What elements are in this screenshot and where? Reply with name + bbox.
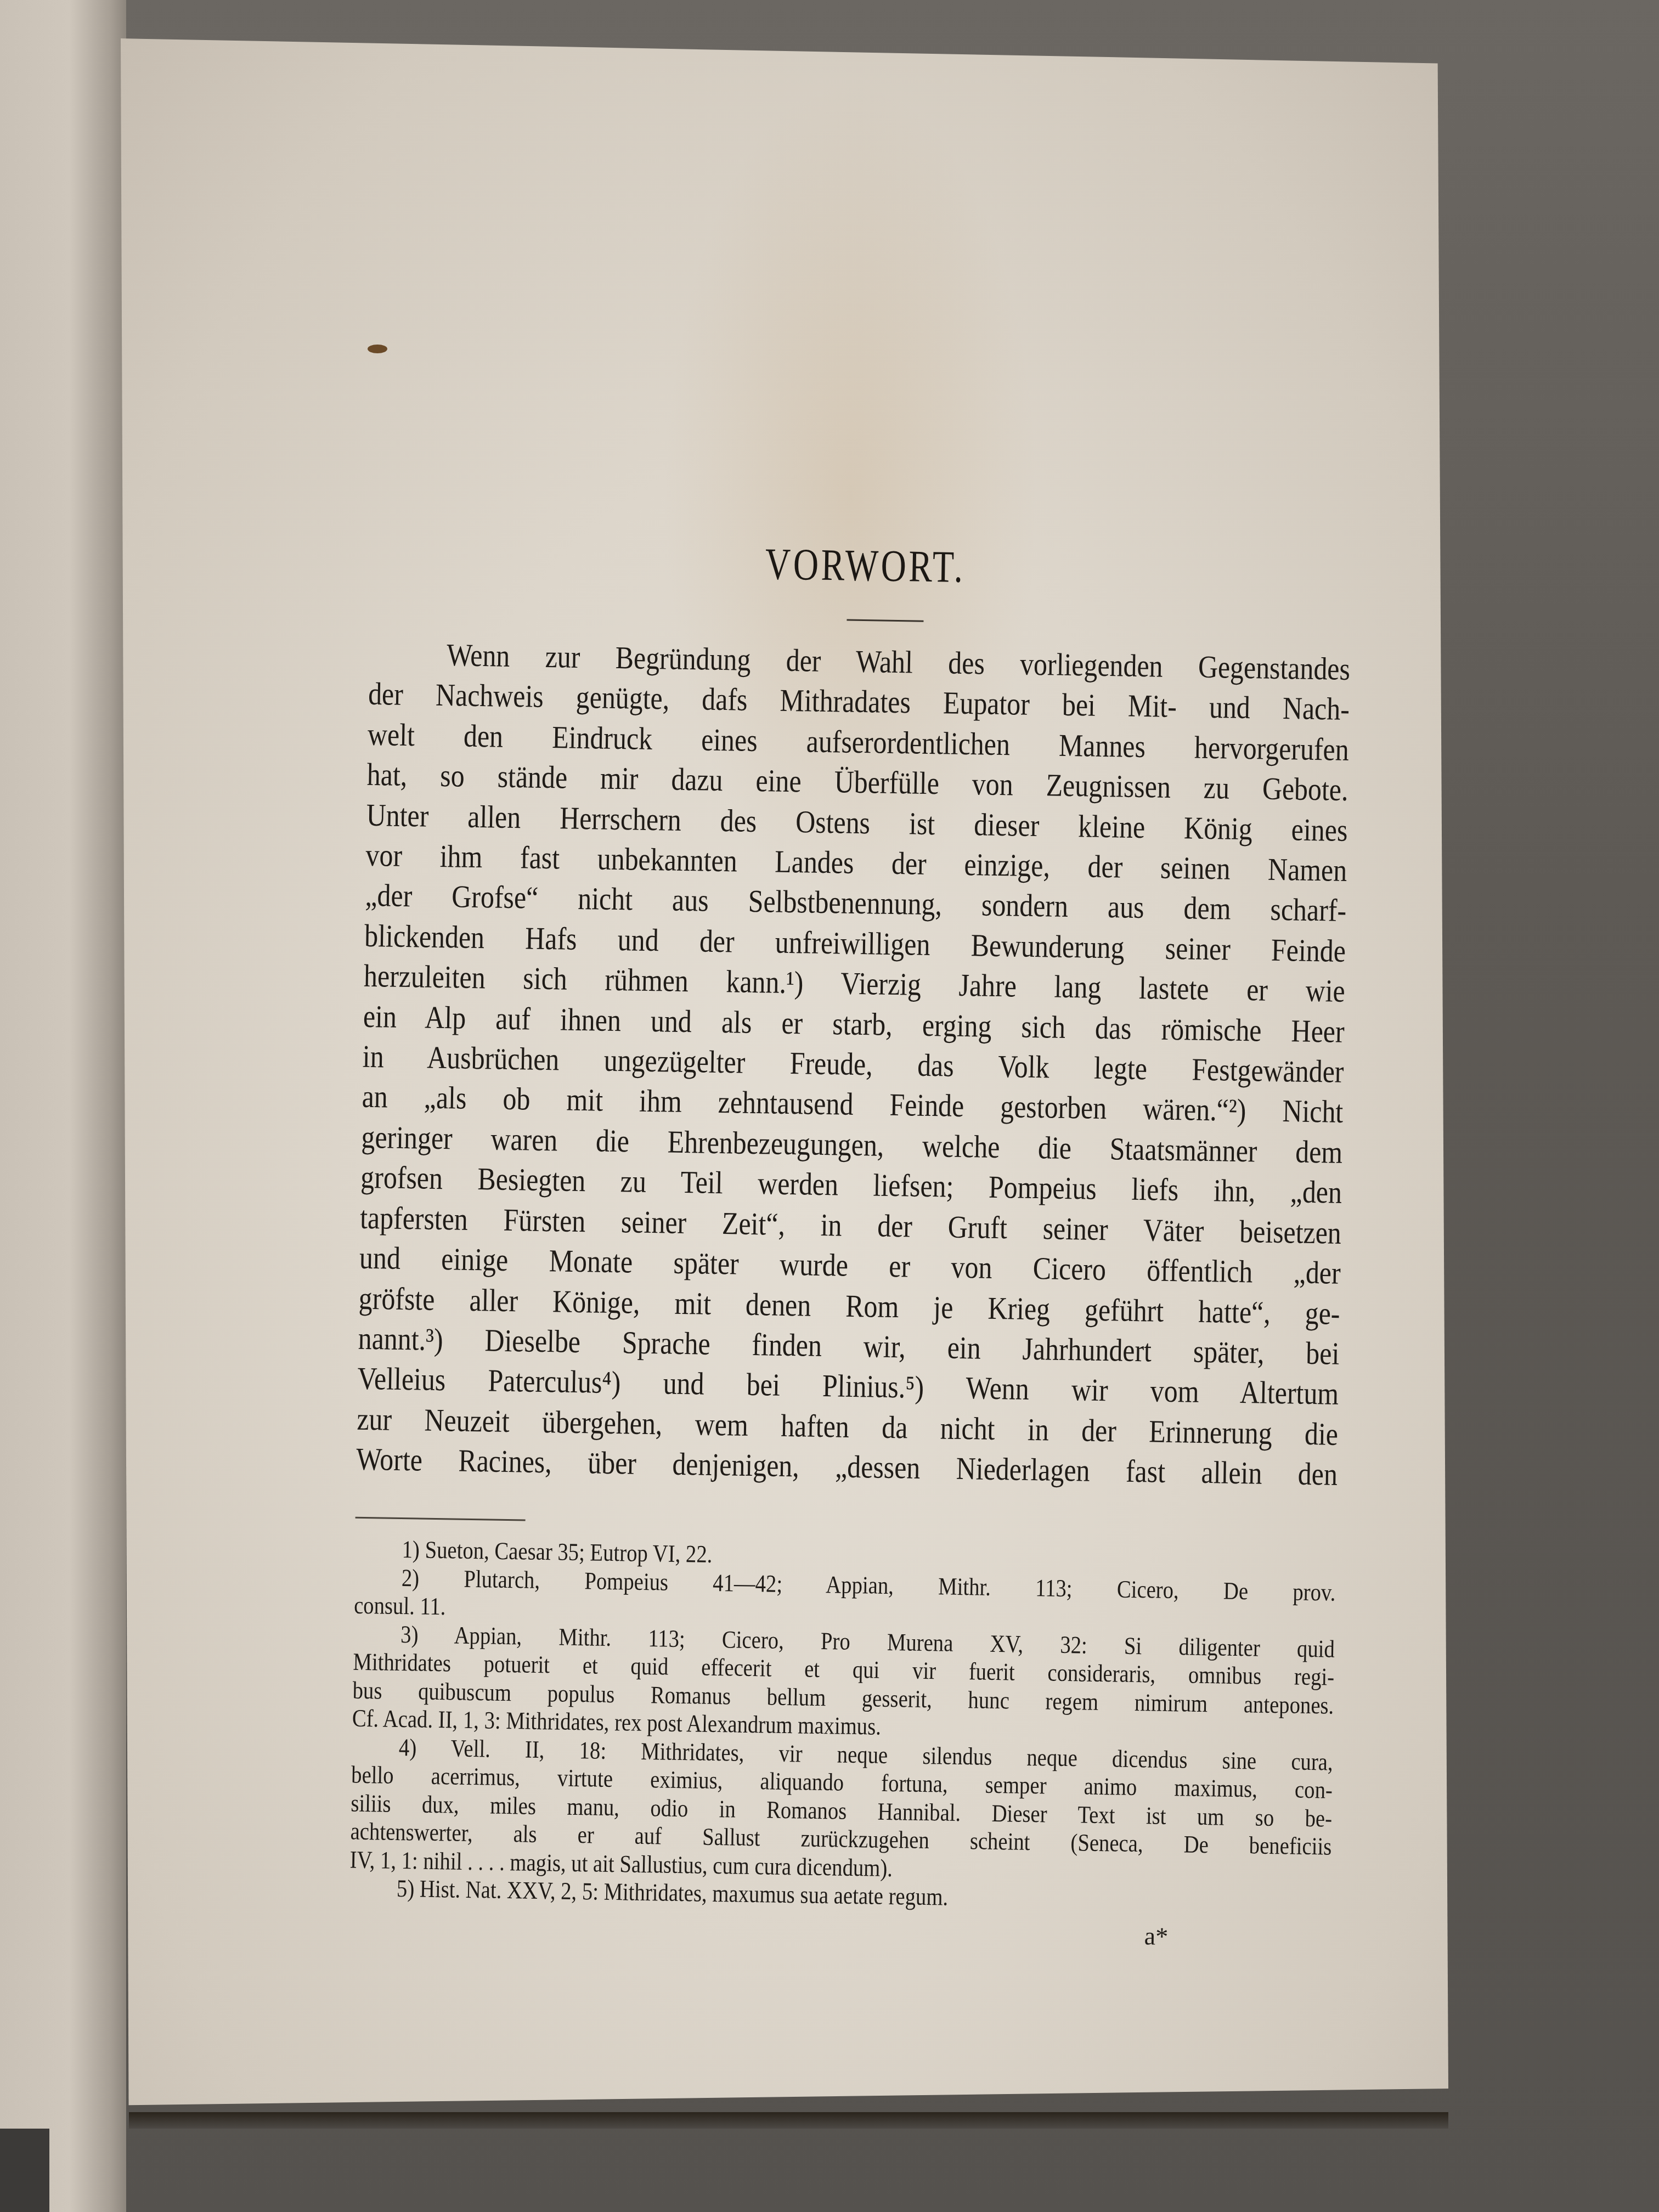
ink-blot-mark bbox=[368, 345, 387, 353]
footnotes: 1) Sueton, Caesar 35; Eutrop VI, 22. 2) … bbox=[349, 1535, 1337, 1918]
printer-signature-mark: a* bbox=[1144, 1921, 1168, 1951]
page-bottom-shadow bbox=[129, 2112, 1448, 2129]
previous-page-edge bbox=[0, 0, 126, 2212]
preface-body: Wenn zur Begründung der Wahl des vorlieg… bbox=[356, 634, 1351, 1494]
title-divider-rule bbox=[847, 619, 923, 622]
footnote-separator-rule bbox=[356, 1517, 526, 1521]
book-page: VORWORT. Wenn zur Begründung der Wahl de… bbox=[121, 38, 1448, 2118]
page-title: VORWORT. bbox=[765, 538, 966, 593]
book-cover-corner bbox=[0, 2129, 49, 2212]
page-text-block: VORWORT. Wenn zur Begründung der Wahl de… bbox=[379, 38, 1361, 54]
